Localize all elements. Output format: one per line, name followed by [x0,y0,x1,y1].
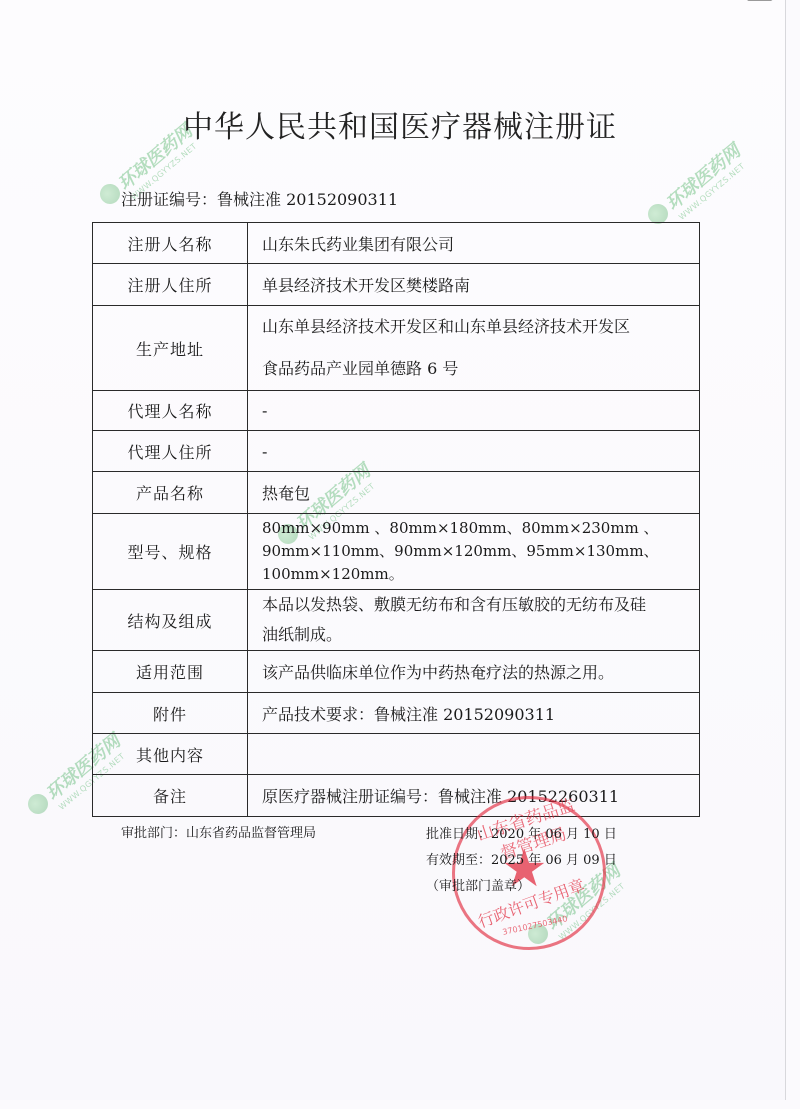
row-label: 生产地址 [93,306,248,391]
table-row: 注册人名称 山东朱氏药业集团有限公司 [93,223,700,264]
row-label: 代理人住所 [93,431,248,472]
registration-number-value: 鲁械注准 20152090311 [217,190,398,209]
table-row: 产品名称 热奄包 [93,472,700,514]
row-label: 其他内容 [93,734,248,775]
table-row: 型号、规格 80mm×90mm 、80mm×180mm、80mm×230mm 、… [93,514,700,590]
row-label: 附件 [93,693,248,734]
row-value: 山东单县经济技术开发区和山东单县经济技术开发区 食品药品产业园单德路 6 号 [248,306,700,391]
page-corner-fold [747,0,795,17]
globe-logo-icon [96,180,124,208]
seal-note: （审批部门盖章） [426,874,617,900]
row-value: 热奄包 [248,472,700,514]
registration-number: 注册证编号：鲁械注准 20152090311 [121,187,398,210]
row-label: 注册人名称 [93,223,248,264]
table-row: 适用范围 该产品供临床单位作为中药热奄疗法的热源之用。 [93,651,700,693]
valid-until: 有效期至：2025 年 06 月 09 日 [426,848,617,874]
row-value [248,734,700,775]
row-value: - [248,431,700,472]
table-row: 代理人名称 - [93,391,700,431]
table-row: 注册人住所 单县经济技术开发区樊楼路南 [93,264,700,306]
approval-info: 批准日期：2020 年 06 月 10 日 有效期至：2025 年 06 月 0… [426,822,617,900]
table-row: 备注 原医疗器械注册证编号：鲁械注准 20152260311 [93,775,700,817]
certificate-page: 环球医药网 WWW.QGYYZS.NET 环球医药网 WWW.QGYYZS.NE… [0,0,786,1100]
document-title: 中华人民共和国医疗器械注册证 [0,102,800,146]
table-row: 代理人住所 - [93,431,700,472]
approval-date: 批准日期：2020 年 06 月 10 日 [426,822,617,848]
table-row: 生产地址 山东单县经济技术开发区和山东单县经济技术开发区 食品药品产业园单德路 … [93,306,700,391]
row-label: 注册人住所 [93,264,248,306]
registration-number-label: 注册证编号： [121,190,217,209]
approval-department: 审批部门：山东省药品监督管理局 [121,822,316,841]
certificate-table: 注册人名称 山东朱氏药业集团有限公司 注册人住所 单县经济技术开发区樊楼路南 生… [92,222,700,817]
row-value: 产品技术要求：鲁械注准 20152090311 [248,693,700,734]
row-value: 山东朱氏药业集团有限公司 [248,223,700,264]
row-value: 本品以发热袋、敷膜无纺布和含有压敏胶的无纺布及硅 油纸制成。 [248,590,700,651]
row-value: - [248,391,700,431]
table-row: 结构及组成 本品以发热袋、敷膜无纺布和含有压敏胶的无纺布及硅 油纸制成。 [93,590,700,651]
row-label: 代理人名称 [93,391,248,431]
row-label: 备注 [93,775,248,817]
globe-logo-icon [24,790,52,818]
table-row: 其他内容 [93,734,700,775]
row-value: 80mm×90mm 、80mm×180mm、80mm×230mm 、 90mm×… [248,514,700,590]
row-label: 适用范围 [93,651,248,693]
row-value: 该产品供临床单位作为中药热奄疗法的热源之用。 [248,651,700,693]
row-value: 单县经济技术开发区樊楼路南 [248,264,700,306]
row-label: 产品名称 [93,472,248,514]
row-label: 型号、规格 [93,514,248,590]
row-value: 原医疗器械注册证编号：鲁械注准 20152260311 [248,775,700,817]
table-row: 附件 产品技术要求：鲁械注准 20152090311 [93,693,700,734]
row-label: 结构及组成 [93,590,248,651]
